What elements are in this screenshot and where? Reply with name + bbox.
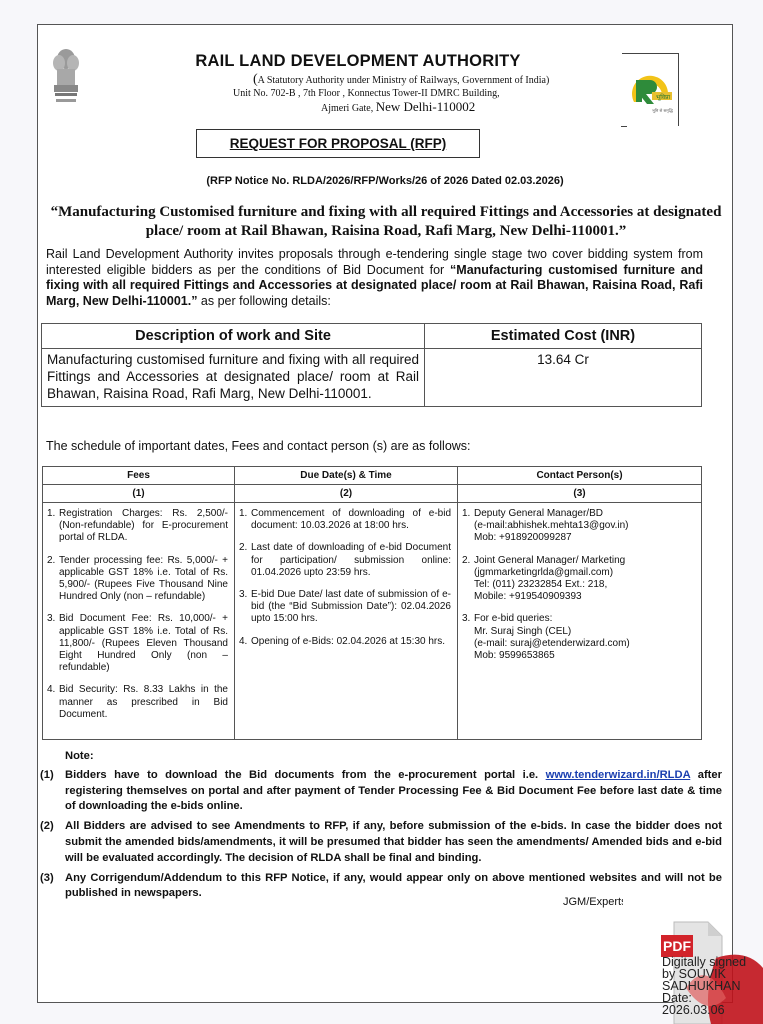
statutory-line: A Statutory Authority under Ministry of … bbox=[258, 75, 550, 86]
work-description-cell: Manufacturing customised furniture and f… bbox=[42, 349, 425, 407]
table-row: Manufacturing customised furniture and f… bbox=[42, 349, 702, 407]
item-number: 1. bbox=[47, 508, 59, 545]
schedule-intro: The schedule of important dates, Fees an… bbox=[46, 439, 471, 453]
organization-name: RAIL LAND DEVELOPMENT AUTHORITY bbox=[168, 52, 548, 71]
date-opening: Opening of e-Bids: 02.04.2026 at 15:30 h… bbox=[251, 636, 451, 648]
svg-text:PDF: PDF bbox=[663, 938, 691, 954]
item-number: 4. bbox=[239, 636, 251, 648]
item-number: 2. bbox=[462, 555, 474, 604]
list-item: 1.Registration Charges: Rs. 2,500/- (Non… bbox=[47, 508, 228, 545]
address-city: New Delhi-110002 bbox=[376, 99, 476, 114]
digital-signature-text: Digitally signed by SOUVIK SADHUKHAN Dat… bbox=[662, 956, 763, 1016]
fees-cell: 1.Registration Charges: Rs. 2,500/- (Non… bbox=[43, 503, 235, 740]
list-item: 1.Commencement of downloading of e-bid d… bbox=[239, 508, 451, 532]
list-item: 3.Bid Document Fee: Rs. 10,000/- + appli… bbox=[47, 613, 228, 674]
note-number: (3) bbox=[38, 871, 65, 903]
notes-heading: Note: bbox=[38, 749, 722, 765]
list-item: 1.Deputy General Manager/BD (e-mail:abhi… bbox=[462, 508, 695, 545]
item-number: 1. bbox=[462, 508, 474, 545]
rfp-heading: REQUEST FOR PROPOSAL (RFP) bbox=[196, 129, 480, 158]
note-item: (1) Bidders have to download the Bid doc… bbox=[38, 768, 722, 815]
date-download-start: Commencement of downloading of e-bid doc… bbox=[251, 508, 451, 532]
rfp-notice-number: (RFP Notice No. RLDA/2026/RFP/Works/26 o… bbox=[38, 175, 732, 187]
item-number: 2. bbox=[47, 555, 59, 604]
svg-text:भूविप्रा: भूविप्रा bbox=[656, 93, 671, 101]
contact-dgm-bd: Deputy General Manager/BD (e-mail:abhish… bbox=[474, 508, 695, 545]
organization-address: (A Statutory Authority under Ministry of… bbox=[233, 73, 593, 115]
rlda-logo: भूविप्रा भूमि से समृद्धि bbox=[622, 53, 679, 126]
schedule-table: Fees Due Date(s) & Time Contact Person(s… bbox=[42, 466, 702, 740]
fee-tender-processing: Tender processing fee: Rs. 5,000/- + app… bbox=[59, 555, 228, 604]
estimated-cost-cell: 13.64 Cr bbox=[425, 349, 702, 407]
intro-tail: as per following details: bbox=[197, 294, 330, 308]
contacts-list: 1.Deputy General Manager/BD (e-mail:abhi… bbox=[462, 508, 695, 662]
item-number: 4. bbox=[47, 684, 59, 721]
col-header-cost: Estimated Cost (INR) bbox=[425, 324, 702, 349]
list-item: 2.Tender processing fee: Rs. 5,000/- + a… bbox=[47, 555, 228, 604]
list-item: 3.For e-bid queries: Mr. Suraj Singh (CE… bbox=[462, 613, 695, 662]
national-emblem-icon bbox=[48, 45, 84, 107]
estimated-cost-table: Description of work and Site Estimated C… bbox=[41, 323, 702, 407]
date-download-end: Last date of downloading of e-bid Docume… bbox=[251, 542, 451, 579]
col-number-3: (3) bbox=[458, 485, 702, 503]
item-number: 3. bbox=[47, 613, 59, 674]
work-title: “Manufacturing Customised furniture and … bbox=[48, 203, 724, 241]
col-header-dates: Due Date(s) & Time bbox=[235, 467, 458, 485]
note-item: (2) All Bidders are advised to see Amend… bbox=[38, 819, 722, 866]
item-number: 1. bbox=[239, 508, 251, 532]
address-line-2: Ajmeri Gate, bbox=[321, 103, 376, 114]
document-page: RAIL LAND DEVELOPMENT AUTHORITY (A Statu… bbox=[37, 24, 733, 1003]
col-header-contacts: Contact Person(s) bbox=[458, 467, 702, 485]
tenderwizard-link[interactable]: www.tenderwizard.in/RLDA bbox=[546, 769, 691, 781]
notes-section: Note: (1) Bidders have to download the B… bbox=[38, 749, 722, 906]
item-number: 3. bbox=[239, 589, 251, 626]
note-number: (1) bbox=[38, 768, 65, 815]
note-text: Any Corrigendum/Addendum to this RFP Not… bbox=[65, 871, 722, 903]
fees-list: 1.Registration Charges: Rs. 2,500/- (Non… bbox=[47, 508, 228, 721]
item-number: 2. bbox=[239, 542, 251, 579]
date-submission: E-bid Due Date/ last date of submission … bbox=[251, 589, 451, 626]
note-number: (2) bbox=[38, 819, 65, 866]
list-item: 4.Opening of e-Bids: 02.04.2026 at 15:30… bbox=[239, 636, 451, 648]
dates-cell: 1.Commencement of downloading of e-bid d… bbox=[235, 503, 458, 740]
fee-registration: Registration Charges: Rs. 2,500/- (Non-r… bbox=[59, 508, 228, 545]
intro-paragraph: Rail Land Development Authority invites … bbox=[46, 247, 703, 309]
item-number: 3. bbox=[462, 613, 474, 662]
svg-text:भूमि से समृद्धि: भूमि से समृद्धि bbox=[652, 108, 674, 114]
col-header-description: Description of work and Site bbox=[42, 324, 425, 349]
dates-list: 1.Commencement of downloading of e-bid d… bbox=[239, 508, 451, 648]
col-number-1: (1) bbox=[43, 485, 235, 503]
table-row: 1.Registration Charges: Rs. 2,500/- (Non… bbox=[43, 503, 702, 740]
rlda-logo-icon: भूविप्रा भूमि से समृद्धि bbox=[622, 54, 678, 126]
list-item: 3.E-bid Due Date/ last date of submissio… bbox=[239, 589, 451, 626]
fee-bid-security: Bid Security: Rs. 8.33 Lakhs in the mann… bbox=[59, 684, 228, 721]
note-text: All Bidders are advised to see Amendment… bbox=[65, 819, 722, 866]
contacts-cell: 1.Deputy General Manager/BD (e-mail:abhi… bbox=[458, 503, 702, 740]
signatory-designation: JGM/Experts bbox=[563, 896, 623, 908]
fee-bid-document: Bid Document Fee: Rs. 10,000/- + applica… bbox=[59, 613, 228, 674]
list-item: 2.Last date of downloading of e-bid Docu… bbox=[239, 542, 451, 579]
list-item: 4.Bid Security: Rs. 8.33 Lakhs in the ma… bbox=[47, 684, 228, 721]
contact-ebid-queries: For e-bid queries: Mr. Suraj Singh (CEL)… bbox=[474, 613, 695, 662]
col-number-2: (2) bbox=[235, 485, 458, 503]
note-text: Bidders have to download the Bid documen… bbox=[65, 769, 546, 781]
list-item: 2.Joint General Manager/ Marketing (jgmm… bbox=[462, 555, 695, 604]
col-header-fees: Fees bbox=[43, 467, 235, 485]
contact-jgm-marketing: Joint General Manager/ Marketing (jgmmar… bbox=[474, 555, 695, 604]
